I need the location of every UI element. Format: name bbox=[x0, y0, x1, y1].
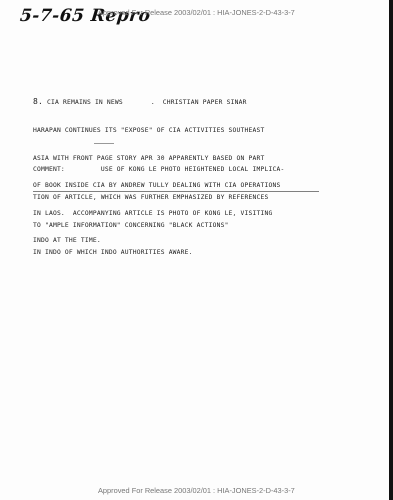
text-line: TION OF ARTICLE, WHICH WAS FURTHER EMPHA… bbox=[33, 193, 353, 202]
text-line: 8. CIA REMAINS IN NEWS . CHRISTIAN PAPER… bbox=[33, 97, 353, 107]
text-line: COMMENT: USE OF KONG LE PHOTO HEIGHTENED… bbox=[33, 165, 353, 174]
text-line: TO "AMPLE INFORMATION" CONCERNING "BLACK… bbox=[33, 221, 353, 230]
release-header: Approved For Release 2003/02/01 : HIA-JO… bbox=[98, 8, 295, 17]
document-page: 5-7-65 Repro Approved For Release 2003/0… bbox=[0, 0, 389, 500]
paragraph-comment: COMMENT: USE OF KONG LE PHOTO HEIGHTENED… bbox=[33, 147, 353, 276]
item-number: 8. bbox=[33, 97, 43, 106]
text-line: IN INDO OF WHICH INDO AUTHORITIES AWARE. bbox=[33, 248, 353, 257]
scan-edge-bar bbox=[389, 0, 393, 500]
release-footer: Approved For Release 2003/02/01 : HIA-JO… bbox=[98, 486, 295, 495]
text-line: HARAPAN CONTINUES ITS "EXPOSE" OF CIA AC… bbox=[33, 126, 353, 135]
separator-line bbox=[33, 191, 319, 192]
redaction-mark bbox=[94, 143, 114, 144]
